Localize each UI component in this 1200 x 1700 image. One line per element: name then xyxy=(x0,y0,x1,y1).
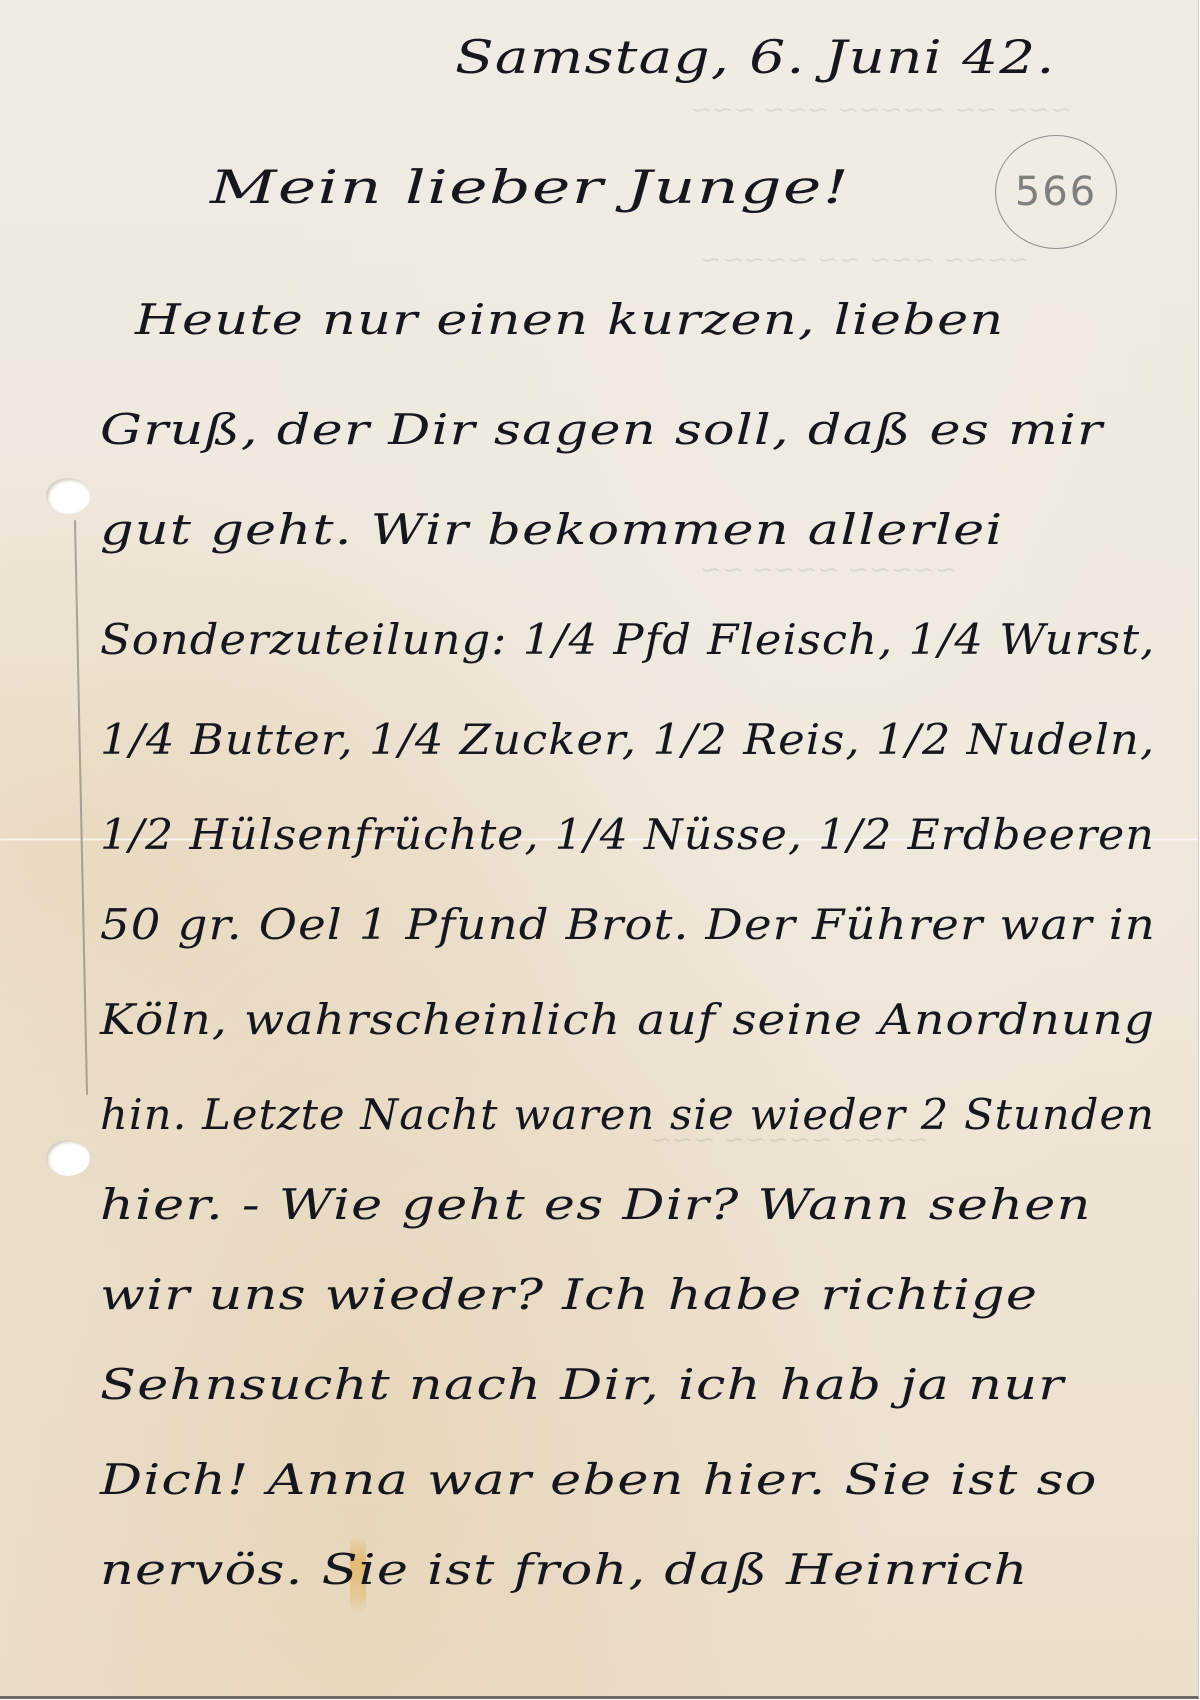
letter-line: Dich! Anna war eben hier. Sie ist so xyxy=(100,1455,1098,1504)
archive-number: 566 xyxy=(1015,169,1097,215)
letter-page: ~~~ ~~ ~~~~~ ~~~ ~~~ ~~~~ ~~~ ~~ ~~~~~ ~… xyxy=(0,0,1199,1699)
letter-line: Heute nur einen kurzen, lieben xyxy=(135,295,1004,344)
letter-line: gut geht. Wir bekommen allerlei xyxy=(100,505,1003,554)
letter-date: Samstag, 6. Juni 42. xyxy=(455,30,1056,84)
letter-salutation: Mein lieber Junge! xyxy=(210,160,850,214)
letter-line: hin. Letzte Nacht waren sie wieder 2 Stu… xyxy=(100,1090,1155,1139)
letter-line: wir uns wieder? Ich habe richtige xyxy=(100,1270,1038,1319)
letter-line: 1/2 Hülsenfrüchte, 1/4 Nüsse, 1/2 Erdbee… xyxy=(100,810,1155,859)
bleed-through-text: ~~~~~ ~~~~ ~~ xyxy=(700,555,956,585)
letter-line: Gruß, der Dir sagen soll, daß es mir xyxy=(100,405,1103,454)
letter-line: Köln, wahrscheinlich auf seine Anordnung xyxy=(100,995,1155,1044)
letter-line: hier. - Wie geht es Dir? Wann sehen xyxy=(100,1180,1092,1229)
punch-hole-bottom xyxy=(46,1140,90,1176)
bleed-through-text: ~~~~ ~~~ ~~ ~~~~~ xyxy=(700,245,1030,275)
letter-line: 50 gr. Oel 1 Pfund Brot. Der Führer war … xyxy=(100,900,1156,949)
letter-line: 1/4 Butter, 1/4 Zucker, 1/2 Reis, 1/2 Nu… xyxy=(100,715,1155,764)
letter-line: Sehnsucht nach Dir, ich hab ja nur xyxy=(100,1360,1065,1409)
archive-number-circle: 566 xyxy=(995,135,1117,249)
letter-line: nervös. Sie ist froh, daß Heinrich xyxy=(100,1545,1029,1594)
letter-line: Sonderzuteilung: 1/4 Pfd Fleisch, 1/4 Wu… xyxy=(100,615,1155,664)
punch-hole-top xyxy=(46,478,90,514)
bleed-through-text: ~~~ ~~ ~~~~~ ~~~ ~~~ xyxy=(690,95,1072,125)
pencil-margin-line xyxy=(74,520,88,1095)
